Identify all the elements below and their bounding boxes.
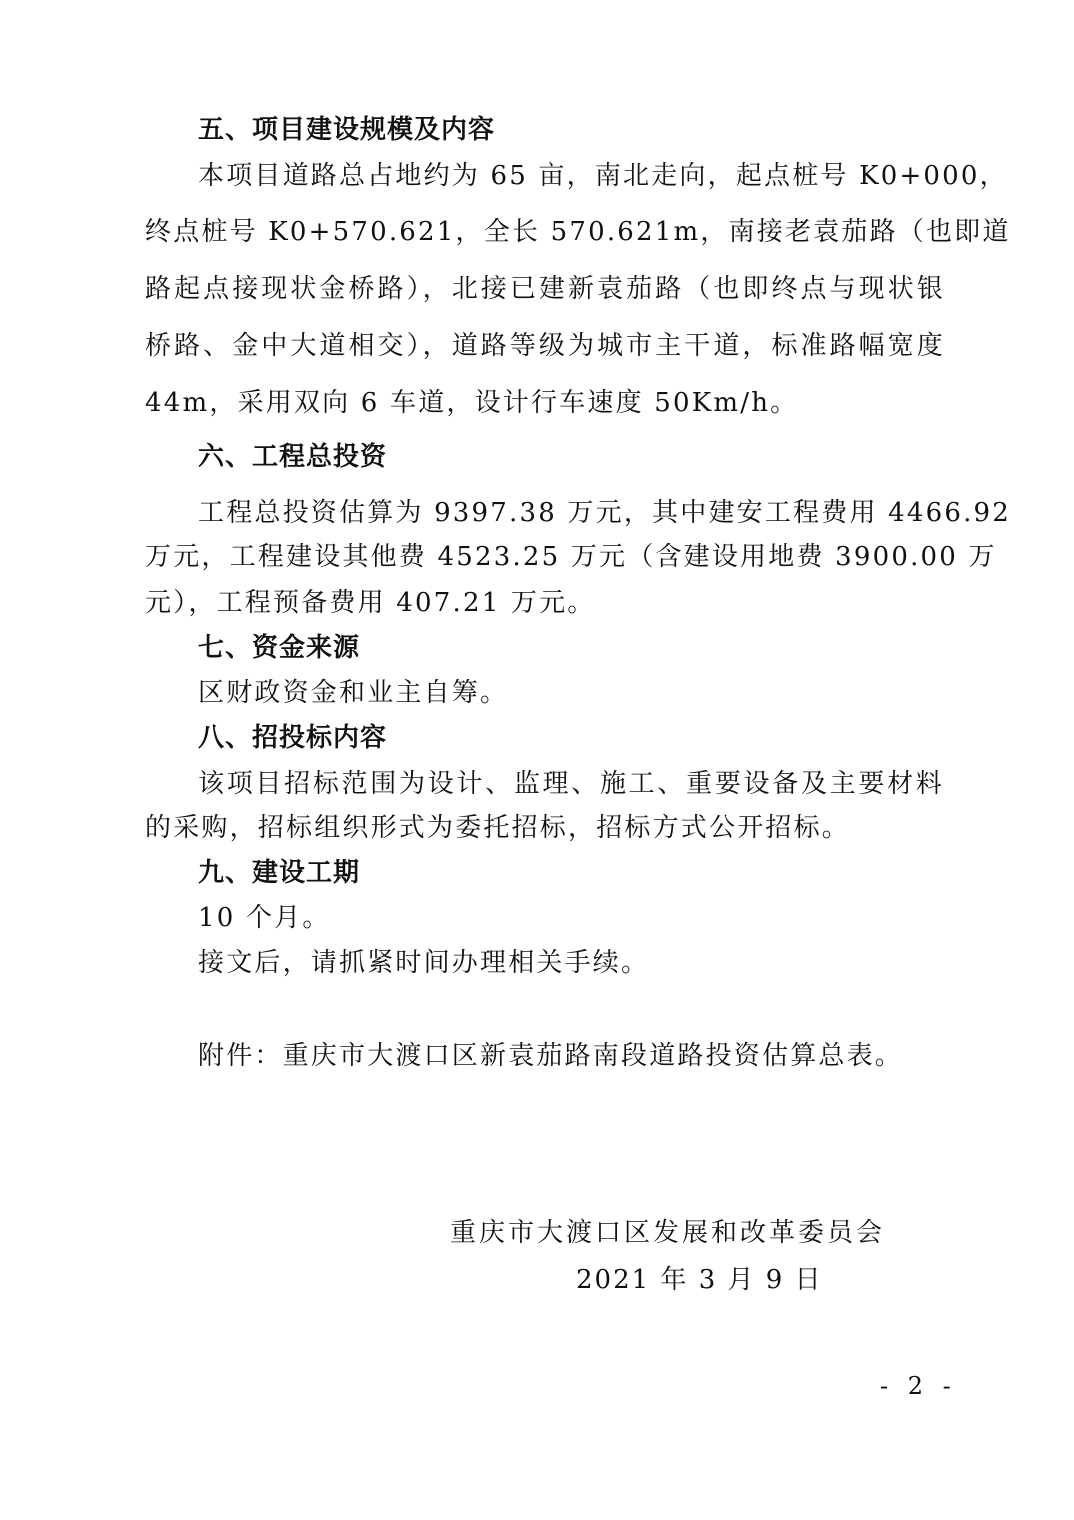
page-number: - 2 - xyxy=(880,1372,957,1400)
paragraph-line: 终点桩号 K0+570.621，全长 570.621m，南接老袁茄路（也即道 xyxy=(145,216,945,248)
paragraph-line: 工程总投资估算为 9397.38 万元，其中建安工程费用 4466.92 xyxy=(198,497,944,529)
attachment-note: 附件：重庆市大渡口区新袁茄路南段道路投资估算总表。 xyxy=(198,1040,944,1072)
section-heading-bidding: 八、招投标内容 xyxy=(198,722,387,754)
paragraph-line: 桥路、金中大道相交），道路等级为城市主干道，标准路幅宽度 xyxy=(145,330,945,362)
paragraph-line: 元），工程预备费用 407.21 万元。 xyxy=(145,587,945,619)
paragraph-line: 本项目道路总占地约为 65 亩，南北走向，起点桩号 K0+000， xyxy=(198,160,944,192)
paragraph-line: 区财政资金和业主自筹。 xyxy=(198,677,944,709)
closing-text: 接文后，请抓紧时间办理相关手续。 xyxy=(198,947,944,979)
paragraph-line: 万元，工程建设其他费 4523.25 万元（含建设用地费 3900.00 万 xyxy=(145,541,945,573)
paragraph-line: 44m，采用双向 6 车道，设计行车速度 50Km/h。 xyxy=(145,387,945,419)
signature-date: 2021 年 3 月 9 日 xyxy=(576,1264,823,1296)
paragraph-line: 该项目招标范围为设计、监理、施工、重要设备及主要材料 xyxy=(198,768,944,800)
section-heading-funding: 七、资金来源 xyxy=(198,632,360,664)
section-heading-scale: 五、项目建设规模及内容 xyxy=(198,114,495,146)
section-heading-duration: 九、建设工期 xyxy=(198,857,360,889)
paragraph-line: 10 个月。 xyxy=(198,902,944,934)
section-heading-investment: 六、工程总投资 xyxy=(198,441,387,473)
paragraph-line: 路起点接现状金桥路），北接已建新袁茄路（也即终点与现状银 xyxy=(145,273,945,305)
paragraph-line: 的采购，招标组织形式为委托招标，招标方式公开招标。 xyxy=(145,812,945,844)
signature-organization: 重庆市大渡口区发展和改革委员会 xyxy=(450,1217,885,1249)
